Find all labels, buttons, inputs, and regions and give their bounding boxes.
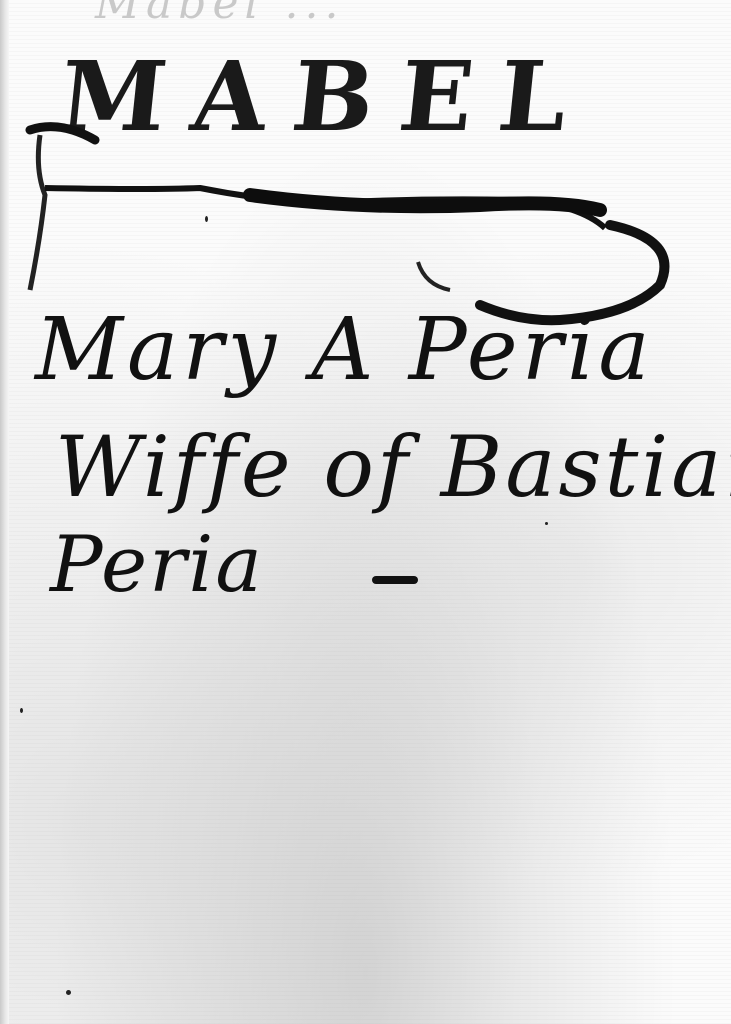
handwritten-line-name: Mary A Peria bbox=[35, 300, 654, 400]
handwritten-line-surname: Peria bbox=[50, 520, 264, 610]
handwritten-line-relation: Wiffe of Bastiano bbox=[55, 418, 731, 516]
document-page: Mabel ... MABEL Mary A Peria Wiffe of Ba… bbox=[0, 0, 731, 1024]
trailing-dash-mark bbox=[372, 576, 418, 584]
